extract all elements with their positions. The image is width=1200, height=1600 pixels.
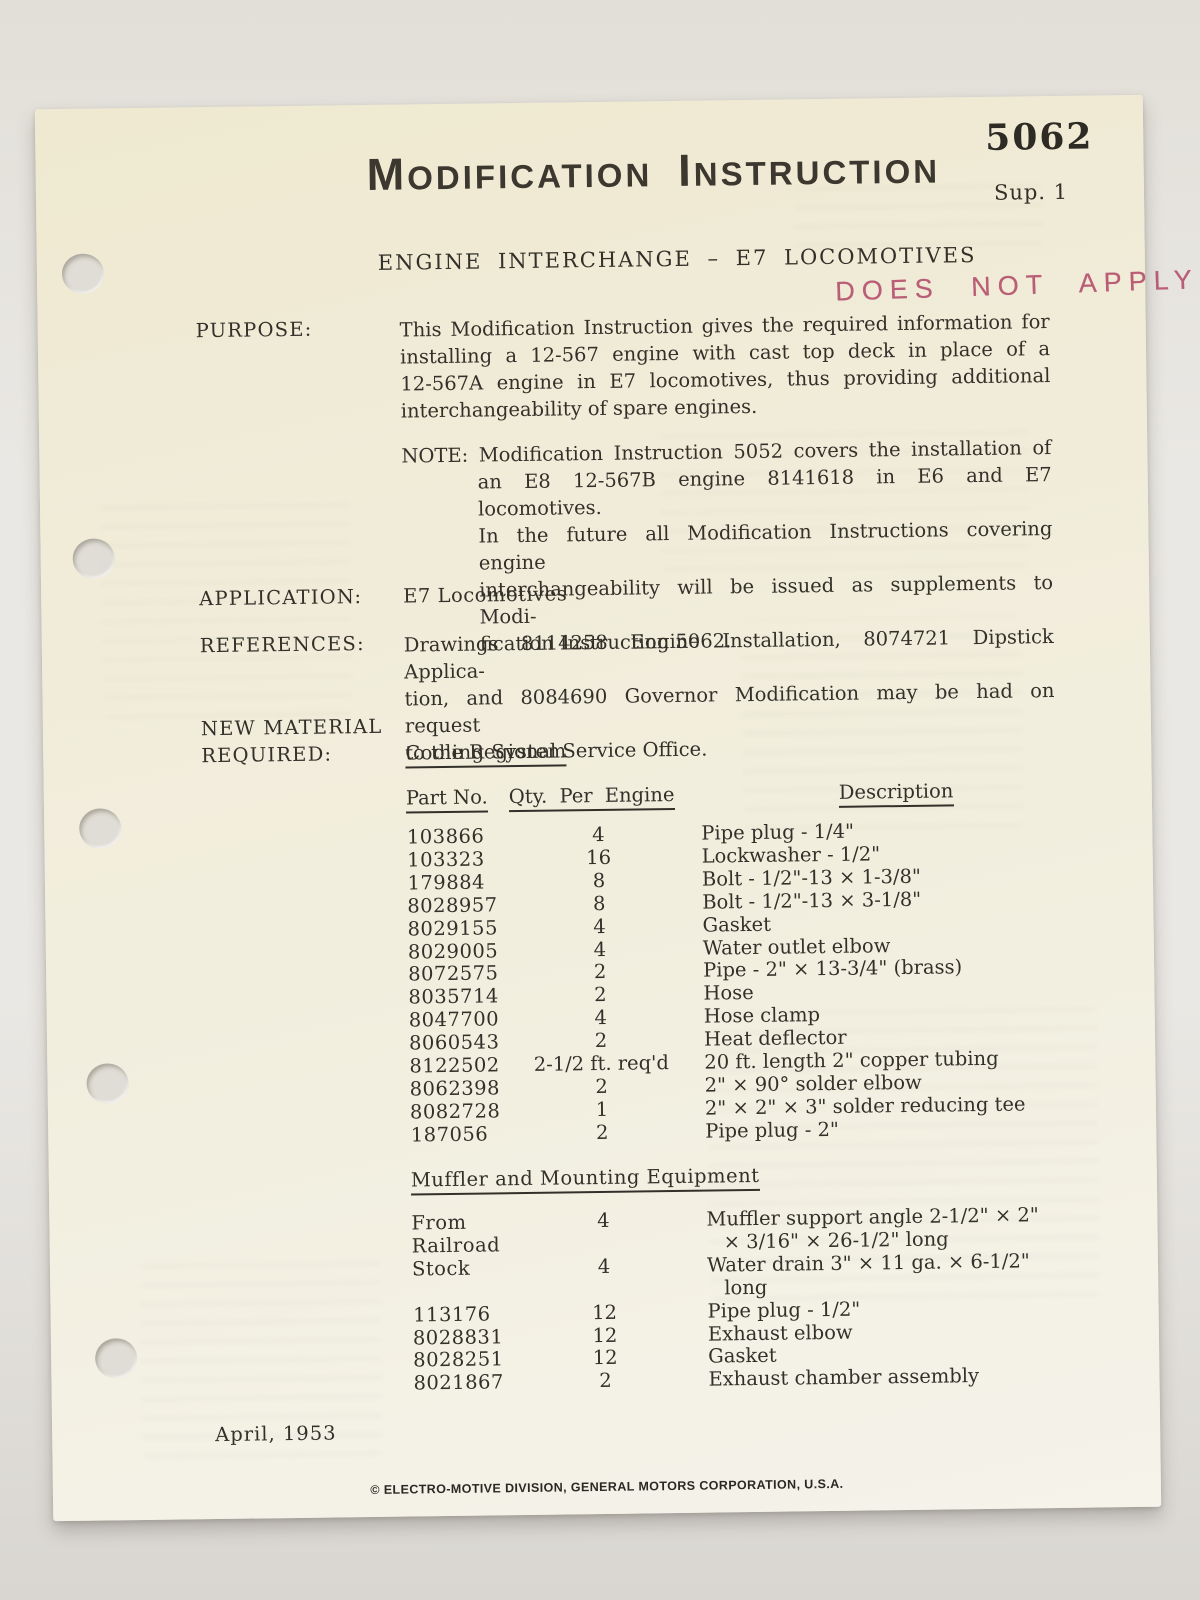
qty: 2 [500,983,700,1009]
qty: 2 [505,1369,705,1395]
qty: 4 [503,1209,703,1235]
qty: 4 [498,823,698,849]
qty: 2 [501,1029,701,1055]
part-no: 103866 [406,825,484,849]
qty: 4 [501,1006,701,1032]
part-no: 8072575 [408,963,486,987]
paragraph-line: an E8 12-567B engine 8141618 in E6 and E… [402,461,1053,524]
qty [504,1277,704,1303]
purpose-paragraph: This Modification Instruction gives the … [400,308,1051,424]
new-material-label: NEW MATERIAL [201,715,383,740]
punch-hole [95,1338,138,1379]
supplement-number: Sup. 1 [994,180,1068,205]
document-title: ModificationInstruction [353,143,859,202]
part-no: 8029155 [407,917,485,941]
part-no: 8021867 [413,1372,491,1396]
part-no: 187056 [410,1123,488,1147]
qty: 4 [499,914,699,940]
part-no: 113176 [412,1303,490,1327]
part-no: 179884 [407,871,485,895]
part-no: From [411,1211,489,1235]
part-no: 8060543 [409,1032,487,1056]
part-no: 8028831 [413,1326,491,1350]
column-header-part-no: Part No. [406,785,488,813]
column-header-qty: Qty. Per Engine [509,783,675,812]
qty: 16 [499,846,699,872]
part-no: 8122502 [409,1055,487,1079]
title-word: Instruction [678,141,941,196]
paragraph-line: tion, and 8084690 Governor Modification … [404,677,1055,740]
application-label: APPLICATION: [199,585,362,610]
qty: 1 [502,1098,702,1124]
part-no: 8028957 [407,894,485,918]
qty: 12 [505,1323,705,1349]
new-material-label: REQUIRED: [201,742,332,767]
qty: 2-1/2 ft. req'd [501,1052,701,1078]
cooling-system-table: Part No. Qty. Per Engine Description 103… [406,778,1066,1147]
paragraph-line: In the future all Modification Instructi… [402,515,1053,578]
qty: 4 [504,1254,704,1280]
table-header-row: Part No. Qty. Per Engine Description [406,778,1061,827]
date-line: April, 1953 [215,1421,337,1446]
photo-background: ModificationInstruction 5062 Sup. 1 ENGI… [0,0,1200,1600]
qty: 2 [502,1075,702,1101]
punch-hole [86,1063,129,1104]
part-no: 103323 [407,848,485,872]
muffler-equipment-table: From4Muffler support angle 2-1/2" × 2" R… [411,1204,1068,1396]
column-header-description: Description [839,779,954,807]
document-page: ModificationInstruction 5062 Sup. 1 ENGI… [35,95,1161,1521]
document-number: 5062 [985,115,1094,158]
part-no: 8028251 [413,1349,491,1373]
does-not-apply-stamp: DOES NOT APPLY [835,264,1199,307]
punch-hole [72,538,115,579]
references-label: REFERENCES: [200,632,365,657]
punch-hole [62,253,105,294]
subject-line: ENGINE INTERCHANGE – E7 LOCOMOTIVES [378,243,977,275]
part-no: 8047700 [409,1009,487,1033]
qty: 8 [499,868,699,894]
title-word: Modification [366,145,652,201]
part-no: 8062398 [410,1077,488,1101]
part-no [412,1280,490,1304]
part-no: 8035714 [408,986,486,1010]
muffler-equipment-heading: Muffler and Mounting Equipment [411,1164,760,1196]
part-no: Railroad [412,1234,490,1258]
part-no: 8082728 [410,1100,488,1124]
qty: 2 [502,1120,702,1146]
application-value: E7 Locomotives [403,582,567,607]
paragraph-line: Drawings 8114258 Engine Installation, 80… [404,623,1055,686]
qty: 4 [500,937,700,963]
qty: 8 [499,891,699,917]
qty [504,1232,704,1258]
cooling-system-heading: Cooling System [405,739,567,768]
punch-hole [79,808,122,849]
description: Pipe plug - 2" [705,1116,1065,1144]
qty: 2 [500,960,700,986]
qty: 12 [504,1300,704,1326]
part-no: 8029005 [408,940,486,964]
description: Exhaust chamber assembly [708,1364,1068,1392]
part-no: Stock [412,1257,490,1281]
footer-copyright: © ELECTRO-MOTIVE DIVISION, GENERAL MOTOR… [53,1473,1161,1502]
qty: 12 [505,1346,705,1372]
purpose-label: PURPOSE: [196,318,313,343]
